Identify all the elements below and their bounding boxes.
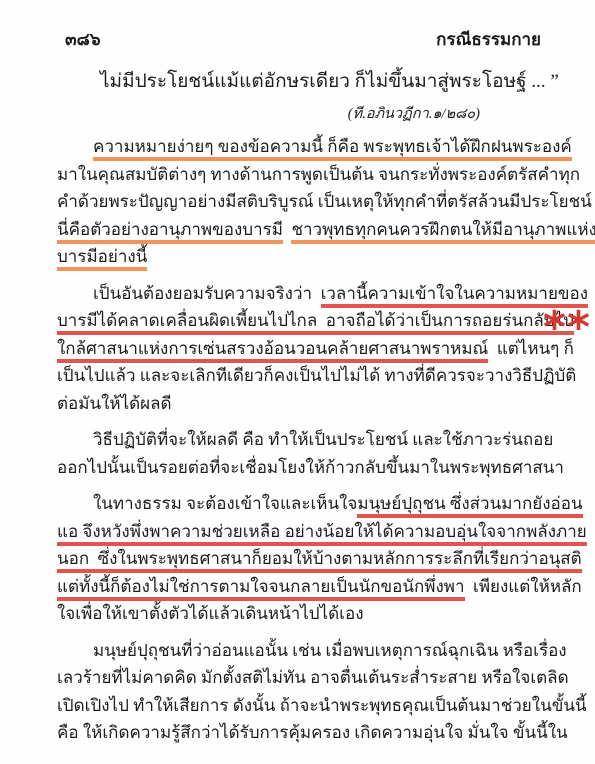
text-line: มาในคุณสมบัติต่างๆ ทางด้านการพูดเป็นต้น … bbox=[57, 161, 557, 189]
text-segment: เพียงแต่ให้หลัก bbox=[465, 577, 582, 596]
text-segment: วิธีปฏิบัติที่จะให้ผลดี คือ ทำให้เป็นประ… bbox=[93, 430, 553, 449]
text-segment: ใจเพื่อให้เขาตั้งตัวได้แล้วเดินหน้าไปได้… bbox=[57, 604, 364, 623]
paragraph: มนุษย์ปุถุชนที่ว่าอ่อนแอนั้น เช่น เมื่อพ… bbox=[57, 637, 557, 747]
text-line: ใกล้ศาสนาแห่งการเซ่นสรวงอ้อนวอนคล้ายศาสน… bbox=[57, 335, 557, 363]
red-underlined-text: ใกล้ศาสนาแห่งการเซ่นสรวงอ้อนวอนคล้ายศาสน… bbox=[57, 339, 488, 363]
paragraph: เป็นอันต้องยอมรับความจริงว่า เวลานี้ความ… bbox=[57, 280, 557, 418]
orange-underlined-text: บารมีอย่างนี้ bbox=[57, 247, 147, 271]
text-segment: ในทางธรรม จะต้องเข้าใจและเห็นใจ bbox=[93, 494, 357, 513]
paragraph: ในทางธรรม จะต้องเข้าใจและเห็นใจมนุษย์ปุถ… bbox=[57, 490, 557, 628]
text-line: คือ ให้เกิดความรู้สึกว่าได้รับการคุ้มครอ… bbox=[57, 719, 557, 747]
orange-underlined-text: ความหมายง่ายๆ ของข้อความนี้ ก็คือ พระพุท… bbox=[93, 137, 572, 161]
text-line: ความหมายง่ายๆ ของข้อความนี้ ก็คือ พระพุท… bbox=[57, 133, 557, 161]
text-line: เปิดเปิงไป ทำให้เสียการ ดังนั้น ถ้าจะนำพ… bbox=[57, 692, 557, 720]
text-line: เป็นอันต้องยอมรับความจริงว่า เวลานี้ความ… bbox=[57, 280, 557, 308]
text-segment: คือ ให้เกิดความรู้สึกว่าได้รับการคุ้มครอ… bbox=[57, 723, 568, 742]
text-line: ต่อมันให้ได้ผลดี bbox=[57, 390, 557, 418]
red-underlined-text: แต่ทั้งนี้ก็ต้องไม่ใช่การตามใจจนกลายเป็น… bbox=[57, 577, 465, 601]
text-line: นอก ซึ่งในพระพุทธศาสนาก็ยอมให้บ้างตามหลั… bbox=[57, 545, 557, 573]
text-segment: เป็นอันต้องยอมรับความจริงว่า bbox=[93, 284, 321, 303]
text-line: บารมีได้คลาดเคลื่อนผิดเพี้ยนไปไกล อาจถือ… bbox=[57, 307, 557, 335]
text-line: ออกไปนั้นเป็นรอยต่อที่จะเชื่อมโยงให้ก้าว… bbox=[57, 454, 557, 482]
book-page: ๓๘๖ กรณีธรรมกาย ไม่มีประโยชน์แม้แต่อักษร… bbox=[0, 0, 595, 764]
text-segment: มาในคุณสมบัติต่างๆ ทางด้านการพูดเป็นต้น … bbox=[57, 165, 580, 184]
text-line: เป็นไปแล้ว และจะเลิกทีเดียวก็คงเป็นไปไม่… bbox=[57, 362, 557, 390]
text-segment: เปิดเปิงไป ทำให้เสียการ ดังนั้น ถ้าจะนำพ… bbox=[57, 696, 587, 715]
text-line: แอ จึงหวังพึ่งพาความช่วยเหลือ อย่างน้อยใ… bbox=[57, 518, 557, 546]
red-underlined-text: แอ จึงหวังพึ่งพาความช่วยเหลือ อย่างน้อยใ… bbox=[57, 522, 587, 546]
text-line: เลวร้ายที่ไม่คาดคิด มักตั้งสติไม่ทัน อาจ… bbox=[57, 664, 557, 692]
text-segment: คำด้วยพระปัญญาอย่างมีสติบริบูรณ์ เป็นเหต… bbox=[57, 192, 592, 211]
red-underlined-text: มนุษย์ปุถุชน ซึ่งส่วนมากยังอ่อน bbox=[357, 494, 582, 518]
text-segment: ออกไปนั้นเป็นรอยต่อที่จะเชื่อมโยงให้ก้าว… bbox=[57, 458, 564, 477]
text-segment: เป็นไปแล้ว และจะเลิกทีเดียวก็คงเป็นไปไม่… bbox=[57, 366, 576, 385]
text-line: แต่ทั้งนี้ก็ต้องไม่ใช่การตามใจจนกลายเป็น… bbox=[57, 573, 557, 601]
orange-underlined-text: ชาวพุทธทุกคนควรฝึกตนให้มีอานุภาพแห่ง bbox=[291, 220, 595, 244]
red-underlined-text: บารมีได้คลาดเคลื่อนผิดเพี้ยนไปไกล อาจถือ… bbox=[57, 311, 574, 335]
text-line: วิธีปฏิบัติที่จะให้ผลดี คือ ทำให้เป็นประ… bbox=[57, 426, 557, 454]
page-number: ๓๘๖ bbox=[65, 26, 101, 53]
quote-citation: (ที.อภินวฏีกา.๑/๒๘๐) bbox=[0, 102, 480, 125]
text-line: นี่คือตัวอย่างอานุภาพของบารมี ชาวพุทธทุก… bbox=[57, 216, 557, 244]
page-header: ๓๘๖ กรณีธรรมกาย bbox=[65, 26, 541, 48]
text-line: ในทางธรรม จะต้องเข้าใจและเห็นใจมนุษย์ปุถ… bbox=[57, 490, 557, 518]
text-segment: มนุษย์ปุถุชนที่ว่าอ่อนแอนั้น เช่น เมื่อพ… bbox=[93, 641, 567, 660]
text-line: มนุษย์ปุถุชนที่ว่าอ่อนแอนั้น เช่น เมื่อพ… bbox=[57, 637, 557, 665]
quote-text: ไม่มีประโยชน์แม้แต่อักษรเดียว ก็ไม่ขึ้นม… bbox=[100, 66, 555, 96]
red-underlined-text: นอก ซึ่งในพระพุทธศาสนาก็ยอมให้บ้างตามหลั… bbox=[57, 549, 582, 573]
paragraph: ความหมายง่ายๆ ของข้อความนี้ ก็คือ พระพุท… bbox=[57, 133, 557, 271]
margin-asterisks-annotation: ** bbox=[543, 306, 591, 350]
text-line: ใจเพื่อให้เขาตั้งตัวได้แล้วเดินหน้าไปได้… bbox=[57, 600, 557, 628]
text-line: คำด้วยพระปัญญาอย่างมีสติบริบูรณ์ เป็นเหต… bbox=[57, 188, 557, 216]
text-segment: ต่อมันให้ได้ผลดี bbox=[57, 394, 172, 413]
orange-underlined-text: นี่คือตัวอย่างอานุภาพของบารมี bbox=[57, 220, 283, 244]
running-title: กรณีธรรมกาย bbox=[436, 26, 541, 53]
paragraph-list: ความหมายง่ายๆ ของข้อความนี้ ก็คือ พระพุท… bbox=[57, 133, 557, 756]
text-line: บารมีอย่างนี้ bbox=[57, 243, 557, 271]
text-segment: เลวร้ายที่ไม่คาดคิด มักตั้งสติไม่ทัน อาจ… bbox=[57, 668, 569, 687]
paragraph: วิธีปฏิบัติที่จะให้ผลดี คือ ทำให้เป็นประ… bbox=[57, 426, 557, 481]
